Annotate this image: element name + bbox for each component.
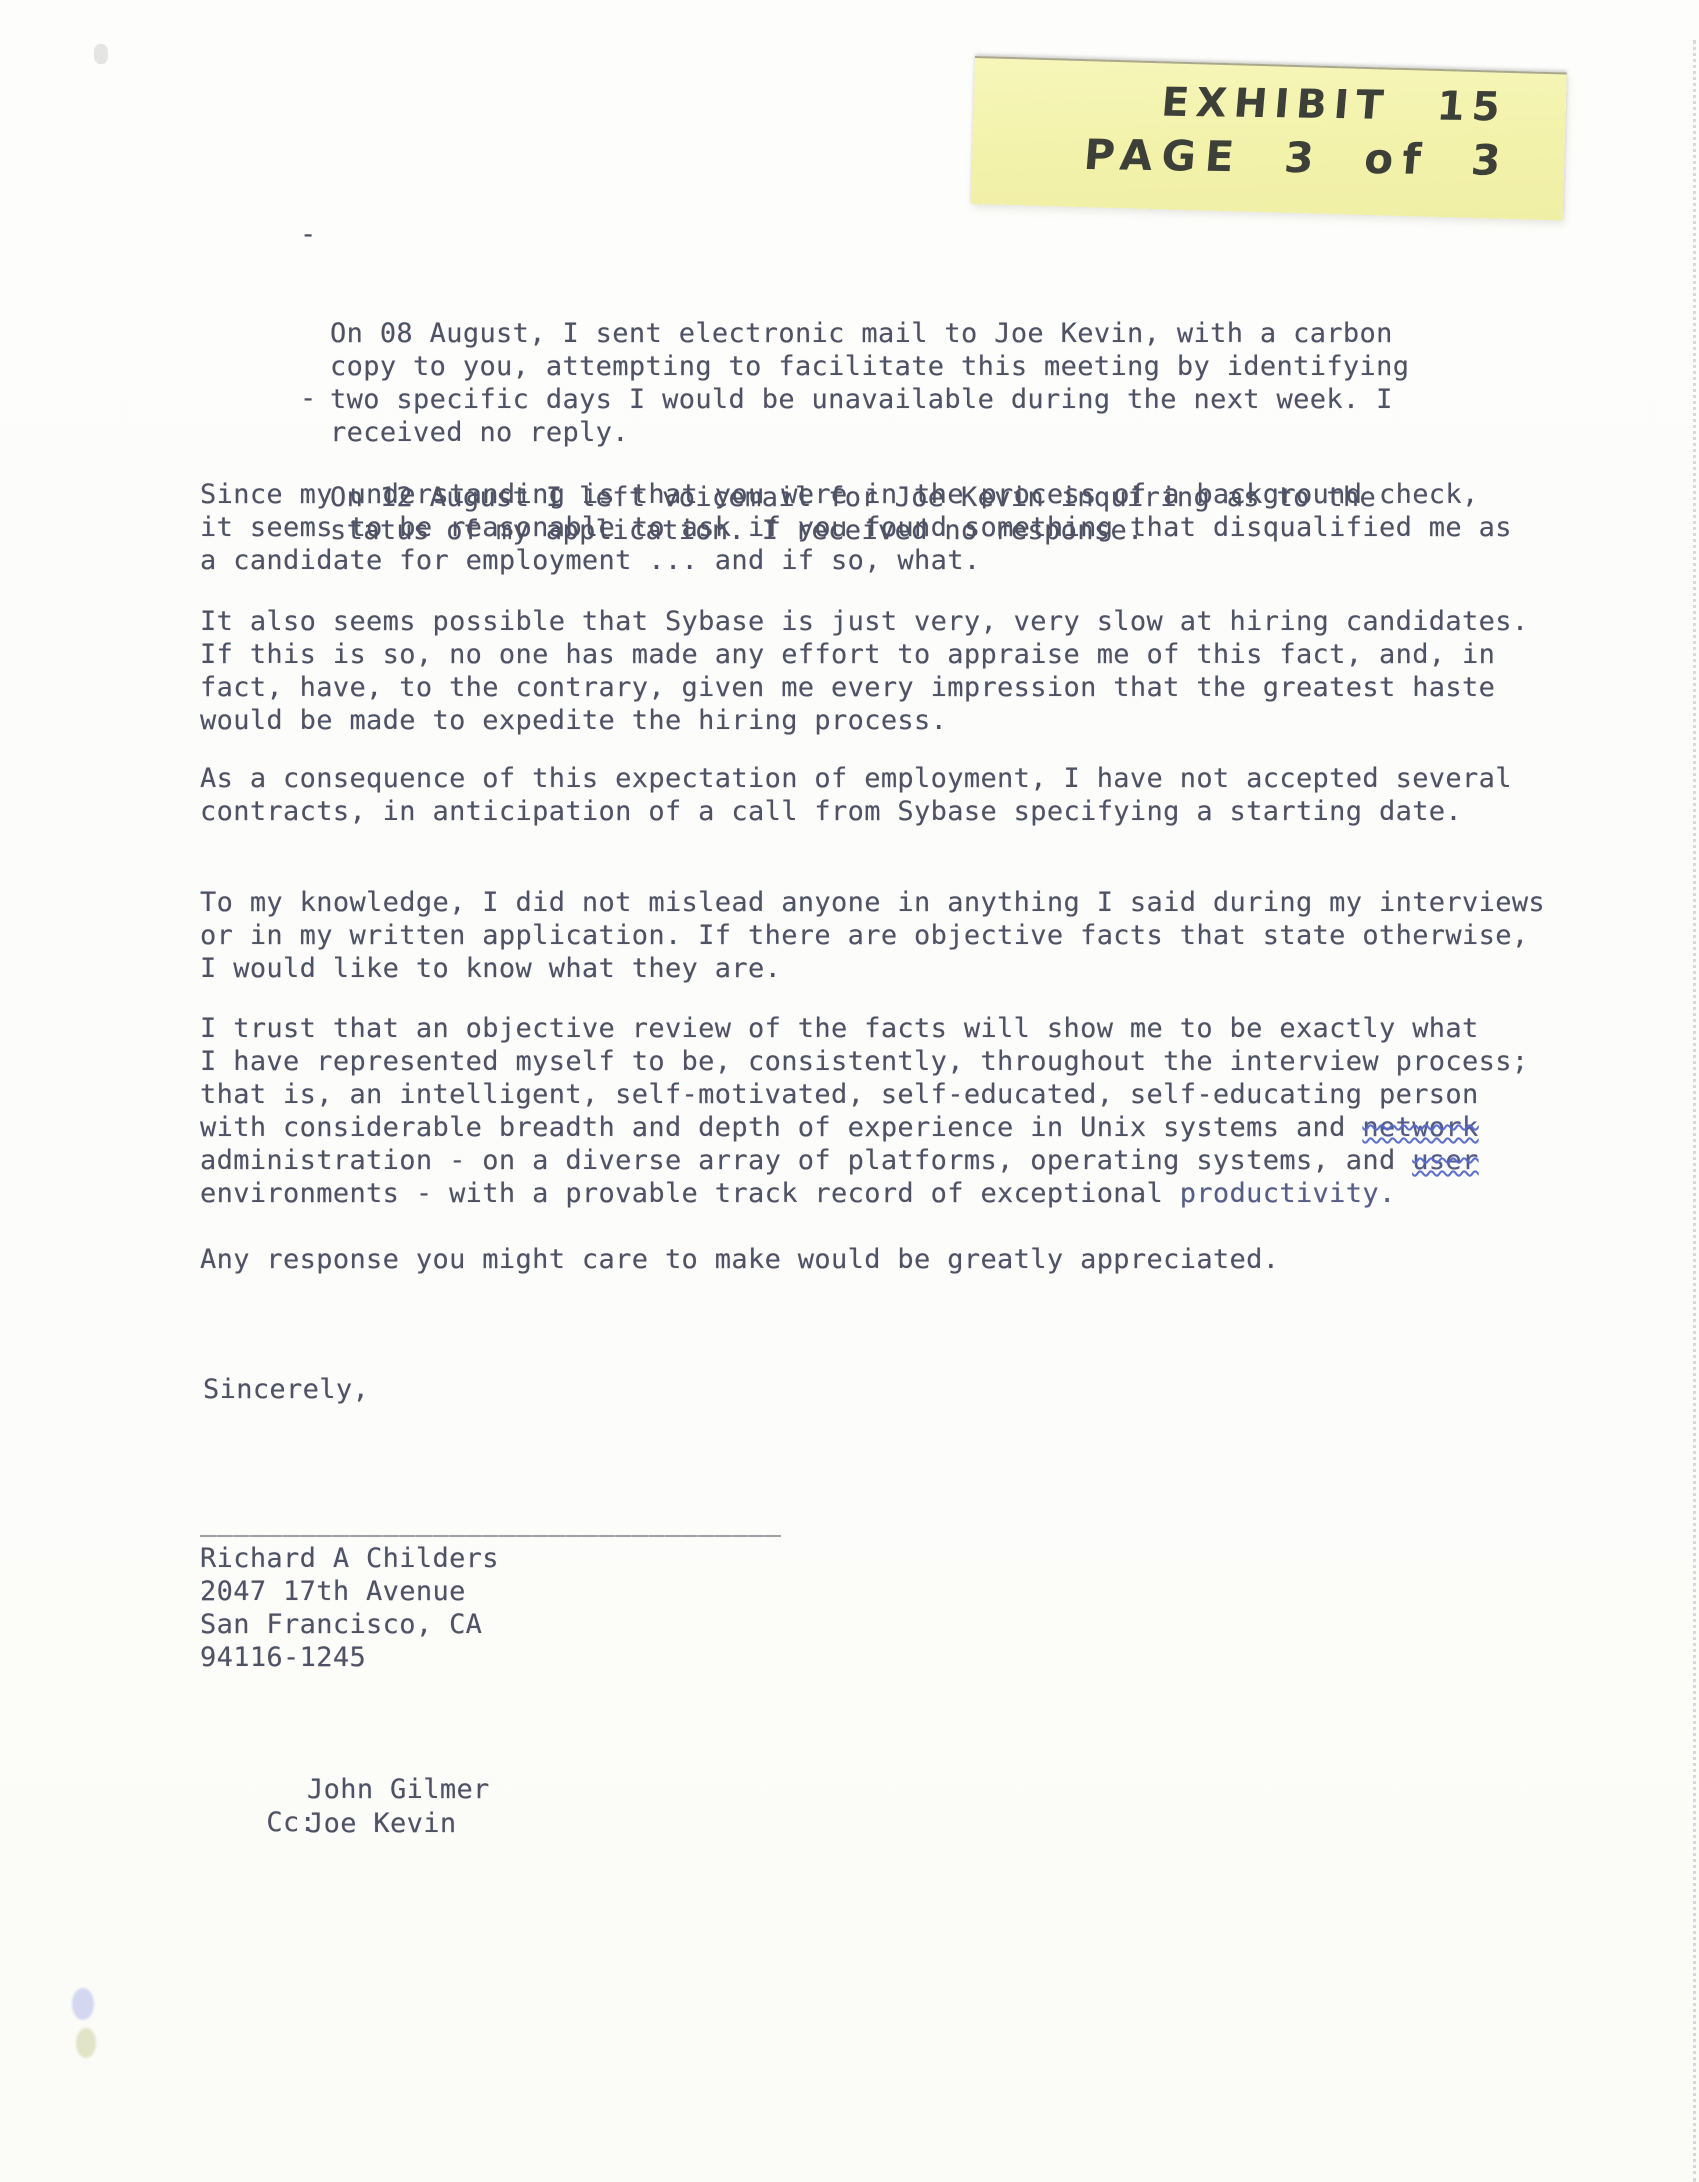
letter-line: that is, an intelligent, self-motivated,… (200, 1078, 1528, 1111)
letter-text: It also seems possible that Sybase is ju… (200, 606, 1528, 637)
paragraph: Any response you might care to make woul… (200, 1243, 1279, 1276)
letter-line: San Francisco, CA (200, 1608, 499, 1641)
letter-line: To my knowledge, I did not mislead anyon… (200, 886, 1545, 919)
letter-line: or in my written application. If there a… (200, 919, 1545, 952)
ink-smudge-artifact (72, 1988, 94, 2020)
paragraph: I trust that an objective review of the … (200, 1012, 1528, 1210)
signer-address: Richard A Childers2047 17th AvenueSan Fr… (200, 1542, 499, 1674)
letter-text: I trust that an objective review of the … (200, 1013, 1479, 1044)
letter-text: Any response you might care to make woul… (200, 1244, 1279, 1275)
letter-line: If this is so, no one has made any effor… (200, 638, 1528, 671)
letter-text: would be made to expedite the hiring pro… (200, 705, 947, 736)
letter-line: 94116-1245 (200, 1641, 499, 1674)
letter-line: I would like to know what they are. (200, 952, 1545, 985)
letter-line: Richard A Childers (200, 1542, 499, 1575)
letter-text: a candidate for employment ... and if so… (200, 545, 980, 576)
letter-text: environments - with a provable track rec… (200, 1178, 1180, 1209)
letter-line: 2047 17th Avenue (200, 1575, 499, 1608)
letter-text: or in my written application. If there a… (200, 920, 1528, 951)
exhibit-sticky-note: EXHIBIT 15 PAGE 3 of 3 (971, 56, 1567, 220)
letter-text: I would like to know what they are. (200, 953, 781, 984)
bullet-marker: - (300, 218, 317, 251)
letter-text: fact, have, to the contrary, given me ev… (200, 672, 1495, 703)
letter-line: copy to you, attempting to facilitate th… (330, 350, 1409, 383)
letter-text: copy to you, attempting to facilitate th… (330, 351, 1409, 382)
letter-line: it seems to be reasonable to ask if you … (200, 511, 1512, 544)
closing: Sincerely, (203, 1373, 369, 1406)
letter-line: On 08 August, I sent electronic mail to … (330, 317, 1409, 350)
letter-line: a candidate for employment ... and if so… (200, 544, 1512, 577)
letter-text: contracts, in anticipation of a call fro… (200, 796, 1462, 827)
paragraph: Since my understanding is that you were … (200, 478, 1512, 577)
letter-line: Any response you might care to make woul… (200, 1243, 1279, 1276)
letter-line: environments - with a provable track rec… (200, 1177, 1528, 1210)
letter-line: John Gilmer (307, 1773, 490, 1807)
letter-line: would be made to expedite the hiring pro… (200, 704, 1528, 737)
signature-line: ___________________________________ (200, 1505, 781, 1538)
scan-edge-artifact (1693, 40, 1696, 2182)
letter-text: that is, an intelligent, self-motivated,… (200, 1079, 1479, 1110)
exhibit-page-label: PAGE 3 of 3 (1082, 130, 1512, 185)
letter-line: As a consequence of this expectation of … (200, 762, 1512, 795)
pen-mark-annotation: productivity. (1180, 1178, 1396, 1209)
letter-line: Since my understanding is that you were … (200, 478, 1512, 511)
bullet-marker: - (300, 382, 317, 415)
ink-smudge-artifact (76, 2028, 96, 2058)
letter-text: administration - on a diverse array of p… (200, 1145, 1412, 1176)
scan-speck-artifact (94, 44, 108, 64)
paragraph: To my knowledge, I did not mislead anyon… (200, 886, 1545, 985)
scanned-letter-page: EXHIBIT 15 PAGE 3 of 3 - On 08 August, I… (0, 0, 1699, 2182)
letter-text: As a consequence of this expectation of … (200, 763, 1512, 794)
pen-scribble-annotation: network (1362, 1112, 1478, 1143)
letter-text: I have represented myself to be, consist… (200, 1046, 1528, 1077)
letter-text: If this is so, no one has made any effor… (200, 639, 1495, 670)
letter-text: it seems to be reasonable to ask if you … (200, 512, 1512, 543)
letter-text: On 08 August, I sent electronic mail to … (330, 318, 1393, 349)
letter-line: contracts, in anticipation of a call fro… (200, 795, 1512, 828)
letter-line: I trust that an objective review of the … (200, 1012, 1528, 1045)
letter-line: fact, have, to the contrary, given me ev… (200, 671, 1528, 704)
paragraph: It also seems possible that Sybase is ju… (200, 605, 1528, 737)
paragraph: As a consequence of this expectation of … (200, 762, 1512, 828)
letter-text: Since my understanding is that you were … (200, 479, 1479, 510)
exhibit-label: EXHIBIT 15 (1160, 80, 1509, 131)
letter-line: with considerable breadth and depth of e… (200, 1111, 1528, 1144)
letter-line: administration - on a diverse array of p… (200, 1144, 1528, 1177)
letter-text: with considerable breadth and depth of e… (200, 1112, 1362, 1143)
letter-text: To my knowledge, I did not mislead anyon… (200, 887, 1545, 918)
letter-line: I have represented myself to be, consist… (200, 1045, 1528, 1078)
cc-names: John GilmerJoe Kevin (307, 1773, 490, 1841)
cc-section: Cc: John GilmerJoe Kevin (200, 1773, 316, 1905)
letter-line: It also seems possible that Sybase is ju… (200, 605, 1528, 638)
letter-line: Joe Kevin (307, 1807, 490, 1841)
pen-scribble-annotation: user (1412, 1145, 1478, 1176)
